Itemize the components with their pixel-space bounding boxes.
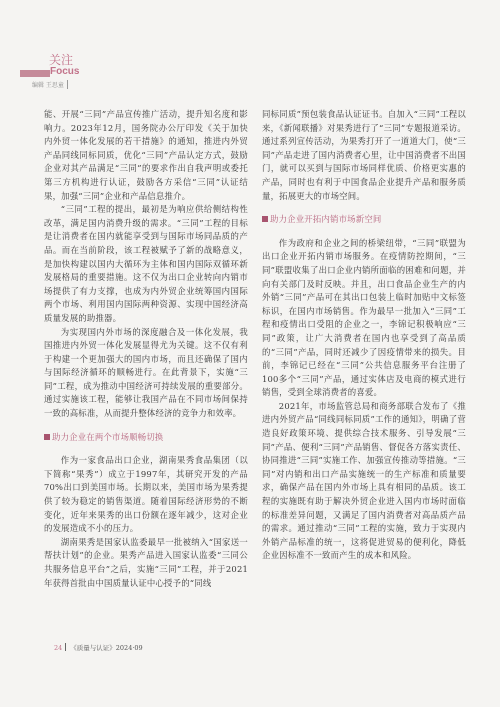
footer-divider xyxy=(65,643,66,651)
publication-name: 《质量与认证》2024·09 xyxy=(70,644,142,652)
section-heading: 助力企业在两个市场顺畅切换 xyxy=(44,431,248,445)
paragraph: 作为一家食品出口企业，湖南果秀食品集团（以下简称“果秀”）成立于1997年，其研… xyxy=(44,454,248,536)
section-title-en: Focus xyxy=(50,66,79,77)
section-heading: 助力企业开拓内销市场新空间 xyxy=(262,213,466,227)
paragraph: 2021年，市场监管总局和商务部联合发布了《推进内外贸产品“同线同标同质”工作的… xyxy=(262,400,466,563)
paragraph: 同标同质”预包装食品认证证书。自加入“三同”工程以来，《新闻联播》对果秀进行了“… xyxy=(262,108,466,203)
paragraph: 作为政府和企业之间的桥梁纽带，“三同”联盟为出口企业开拓内销市场服务。在疫情防控… xyxy=(262,237,466,400)
column-header: 关注 Focus 编辑 王思童 xyxy=(16,44,96,94)
paragraph: 能、开展“三同”产品宣传推广活动，提升知名度和影响力。2023年12月，国务院办… xyxy=(44,108,248,203)
square-bullet-icon xyxy=(262,216,268,222)
magazine-page: 关注 Focus 编辑 王思童 能、开展“三同”产品宣传推广活动，提升知名度和影… xyxy=(0,0,500,707)
page-number: 24 xyxy=(54,644,62,652)
editor-credit: 编辑 王思童 xyxy=(32,80,68,89)
page-footer: 24《质量与认证》2024·09 xyxy=(54,643,143,652)
left-column: 能、开展“三同”产品宣传推广活动，提升知名度和影响力。2023年12月，国务院办… xyxy=(44,108,248,590)
section-heading-text: 助力企业开拓内销市场新空间 xyxy=(270,214,381,224)
header-color-bar xyxy=(20,70,50,77)
paragraph: 湖南果秀是国家认监委最早一批被纳入“国家送一帮扶计划”的企业。果秀产品进入国家认… xyxy=(44,536,248,590)
right-column: 同标同质”预包装食品认证证书。自加入“三同”工程以来，《新闻联播》对果秀进行了“… xyxy=(262,108,466,563)
square-bullet-icon xyxy=(44,434,50,440)
section-heading-text: 助力企业在两个市场顺畅切换 xyxy=(52,432,163,442)
paragraph: 为实现国内外市场的深度融合及一体化发展，我国推进内外贸一体化发展显得尤为关键。这… xyxy=(44,326,248,421)
paragraph: “三同”工程的提出，最初是为响应供给侧结构性改革，满足国内消费升级的需求。“三同… xyxy=(44,203,248,325)
